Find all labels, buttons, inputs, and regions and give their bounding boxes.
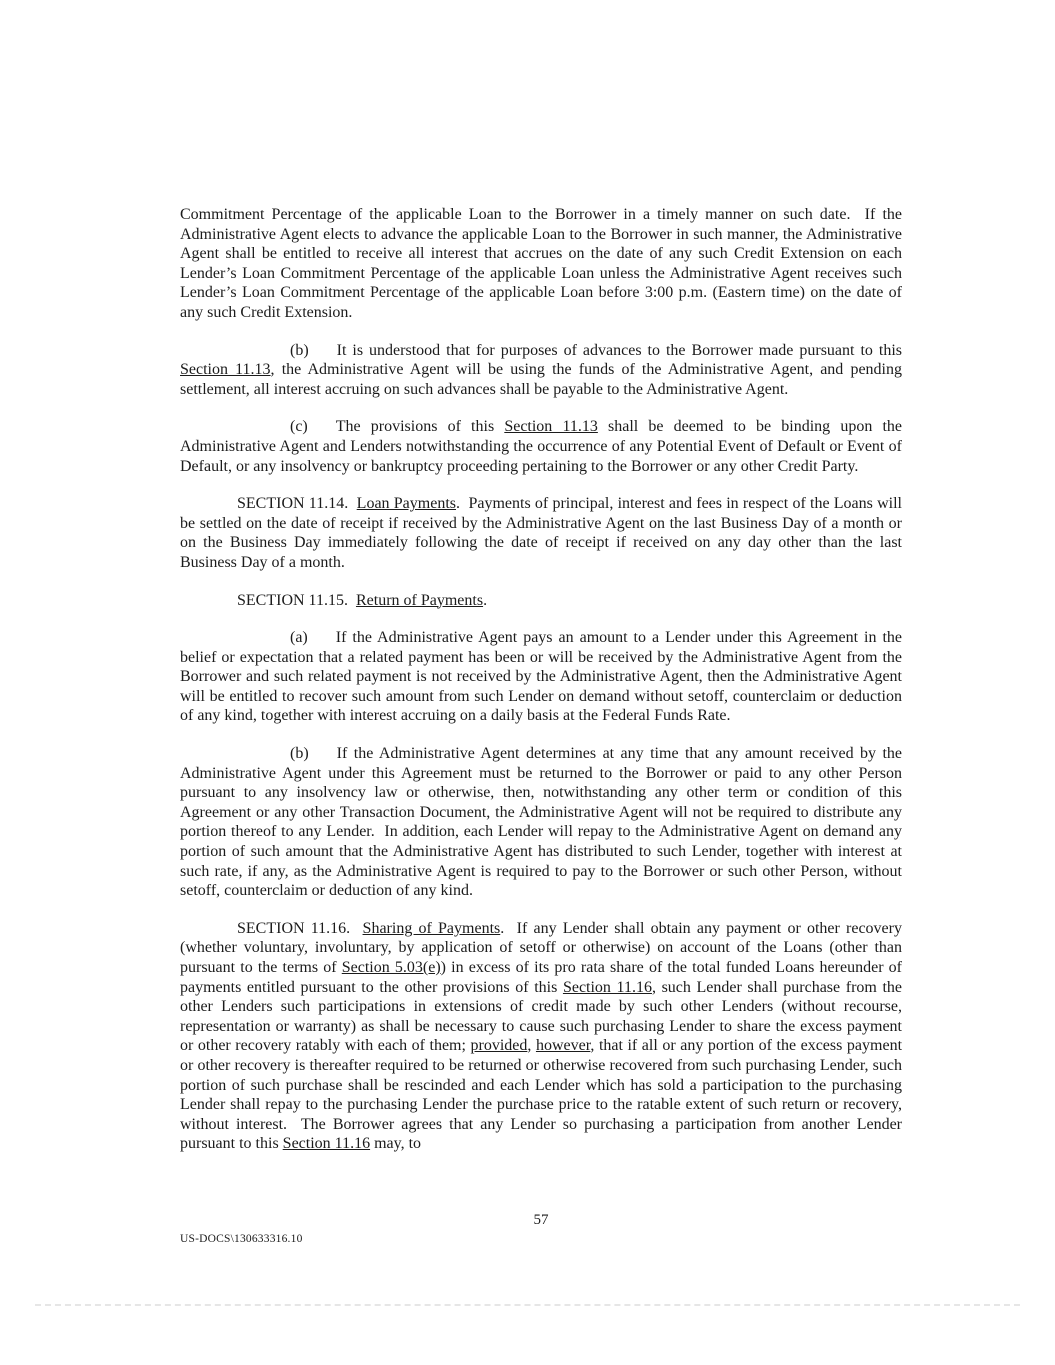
text-run: Commitment Percentage of the applicable … [180,206,906,321]
text-run: (b) [290,745,309,762]
paragraph: SECTION 11.14. Loan Payments. Payments o… [180,494,902,572]
text-run: The provisions of this [336,418,505,435]
text-run: , the Administrative Agent will be using… [180,361,906,398]
underlined-reference: however [536,1037,590,1054]
paragraph: (c)The provisions of this Section 11.13 … [180,417,902,476]
underlined-reference: Section 11.16 [563,979,652,996]
page-number: 57 [180,1212,902,1229]
text-run: (c) [290,418,308,435]
text-run: If the Administrative Agent pays an amou… [180,629,906,724]
document-id-footer: US-DOCS\130633316.10 [180,1233,303,1245]
paragraph: (b)If the Administrative Agent determine… [180,744,902,901]
text-run: It is understood that for purposes of ad… [337,342,906,359]
paragraph: SECTION 11.16. Sharing of Payments. If a… [180,919,902,1154]
underlined-reference: Loan Payments [357,495,456,512]
text-run: SECTION 11.15. [237,592,356,609]
underlined-reference: Sharing of Payments [363,920,501,937]
text-run: . [483,592,487,609]
text-run: may, to [370,1135,421,1152]
bottom-divider [35,1304,1020,1306]
text-run: SECTION 11.14. [237,495,357,512]
text-run: (b) [290,342,309,359]
text-run: If the Administrative Agent determines a… [180,745,906,899]
underlined-reference: Section 5.03(e) [342,959,441,976]
document-body: Commitment Percentage of the applicable … [180,205,902,1172]
paragraph: (a)If the Administrative Agent pays an a… [180,628,902,726]
text-run: (a) [290,629,308,646]
paragraph: SECTION 11.15. Return of Payments. [180,591,902,611]
text-run: , [527,1037,536,1054]
underlined-reference: provided [471,1037,528,1054]
underlined-reference: Section 11.16 [283,1135,370,1152]
underlined-reference: Return of Payments [356,592,483,609]
paragraph: (b)It is understood that for purposes of… [180,341,902,400]
text-run: SECTION 11.16. [237,920,363,937]
underlined-reference: Section 11.13 [180,361,271,378]
paragraph: Commitment Percentage of the applicable … [180,205,902,323]
underlined-reference: Section 11.13 [504,418,598,435]
